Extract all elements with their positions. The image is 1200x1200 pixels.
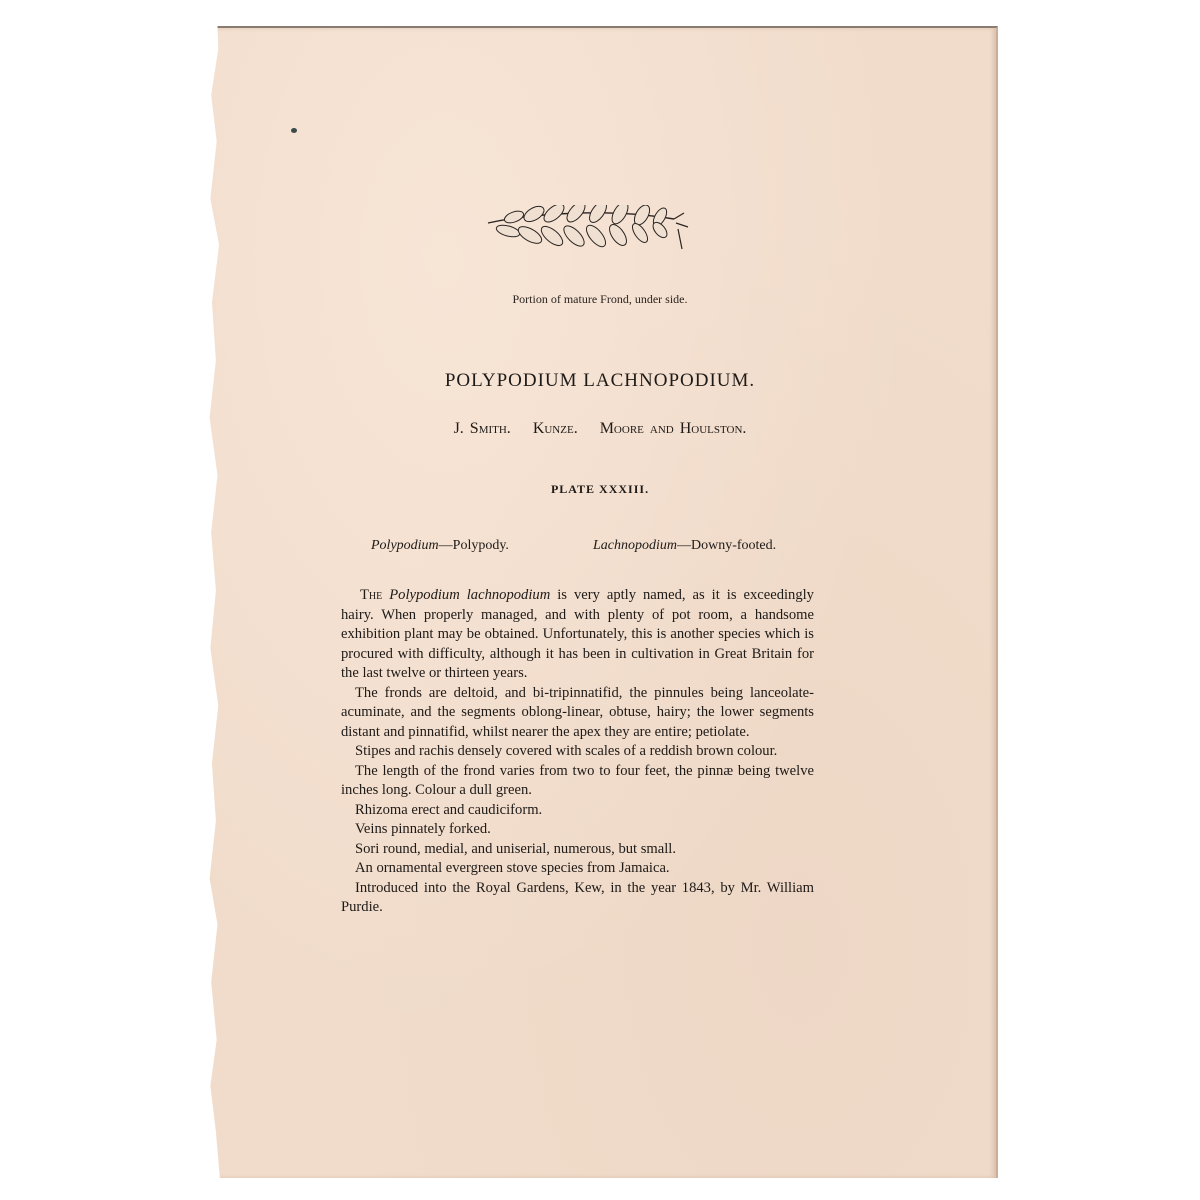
paragraph: The length of the frond varies from two … [341,762,814,801]
description-body: The Polypodium lachnopodium is very aptl… [341,586,814,918]
etymology-term: Polypodium [371,538,439,553]
etymology-meaning: —Downy-footed. [677,538,776,553]
authorities-line: J. Smith. Kunze. Moore and Houlston. [0,420,1200,438]
paragraph: The fronds are deltoid, and bi-tripinnat… [341,684,814,743]
etymology-genus: Polypodium—Polypody. [371,538,509,554]
ink-blemish [291,128,297,133]
paragraph: An ornamental evergreen stove species fr… [341,859,814,879]
etymology-meaning: —Polypody. [439,538,509,553]
authority: Moore and Houlston. [600,420,747,437]
paragraph: Sori round, medial, and uniserial, numer… [341,840,814,860]
authority: J. Smith. [454,420,511,437]
paragraph: Stipes and rachis densely covered with s… [341,742,814,762]
figure-caption: Portion of mature Frond, under side. [0,292,1200,307]
paragraph: Introduced into the Royal Gardens, Kew, … [341,879,814,918]
paragraph: Veins pinnately forked. [341,820,814,840]
fern-frond-icon [484,205,694,265]
intro-lead: The [360,587,382,603]
page-title: POLYPODIUM LACHNOPODIUM. [0,370,1200,392]
etymology-species: Lachnopodium—Downy-footed. [593,538,776,554]
paragraph: Rhizoma erect and caudiciform. [341,801,814,821]
intro-paragraph: The Polypodium lachnopodium is very aptl… [341,586,814,684]
species-name: Polypodium lachnopodium [389,587,550,603]
plate-number: PLATE XXXIII. [0,482,1200,497]
authority: Kunze. [533,420,578,437]
etymology-term: Lachnopodium [593,538,677,553]
